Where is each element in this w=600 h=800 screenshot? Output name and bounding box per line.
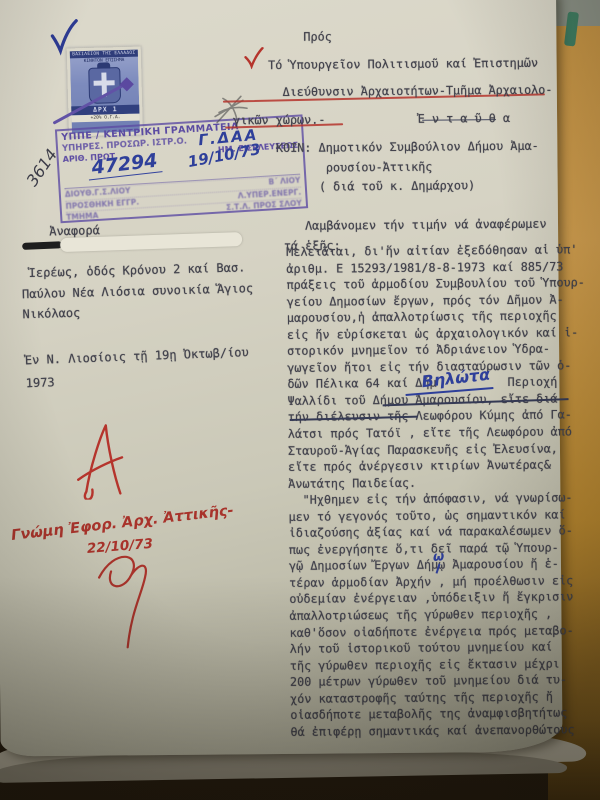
text-line: πράξεις τοῦ ἁρμοδίου Συμβουλίου τοῦ Ὑπου…: [286, 274, 584, 293]
text-line: Διεύθυνσιν Ἀρχαιοτήτων-Τμῆμα Ἀρχαιολο-: [233, 77, 553, 107]
revenue-stamp: ΒΑΣΙΛΕΙΟΝ ΤΗΣ ΕΛΛΑΔΟΣ ΚΙΝΗΤΟΝ ΕΠΙΣΗΜΑ ΔΡ…: [67, 47, 143, 137]
revenue-stamp-surcharge: +20% Ο.Γ.Α.: [71, 114, 139, 123]
text-line: ἀπαλλοτριώσεως τῆς γύρωθεν περιοχῆς ,: [289, 605, 587, 624]
text-line: εἴτε πρός ἀνέργεσιν κτιρίων Ἀνωτέρας&: [288, 456, 586, 475]
red-monogram-A: [66, 419, 127, 500]
text-line: λάτσι πρός Τατόϊ , εἴτε τῆς Λεωφόρου ἀπό: [288, 423, 586, 442]
text-line: ( διά τοῦ κ. Δημάρχου): [234, 176, 547, 198]
document-page: ΒΑΣΙΛΕΙΟΝ ΤΗΣ ΕΛΛΑΔΟΣ ΚΙΝΗΤΟΝ ΕΠΙΣΗΜΑ ΔΡ…: [0, 0, 563, 756]
handwritten-margin-number: 3614: [23, 145, 62, 189]
text-line: γικῶν χώρων.- Ἐ ν τ α ῦ θ α: [233, 104, 553, 134]
text-line: θά ἐπιφέρῃ σημαντικάς καί ἀνεπανορθώτους: [290, 721, 588, 740]
red-signature: [87, 551, 168, 652]
text-line: Τό Ὑπουργεῖον Πολιτισμοῦ καί Ἐπιστημῶν: [233, 49, 553, 79]
photo-of-document: { "scene": { "surface": "wooden/cardboar…: [0, 0, 600, 800]
text-line: Πρός: [232, 22, 552, 52]
text-line: ΚΟΙΝ: Δημοτικόν Συμβούλιον Δήμου Ἀμα-: [233, 137, 546, 159]
text-line: Μελετᾶται, δι'ἥν αἰτίαν ἐξεδόθησαν αἱ ὑπ…: [286, 241, 584, 260]
body-text: Μελετᾶται, δι'ἥν αἰτίαν ἐξεδόθησαν αἱ ὑπ…: [286, 241, 589, 740]
address-block: Πρός Τό Ὑπουργεῖον Πολιτισμοῦ καί Ἐπιστη…: [232, 22, 553, 135]
text-line: [234, 195, 547, 217]
text-line: ρουσίου-Ἀττικῆς: [233, 156, 546, 178]
koin-block: ΚΟΙΝ: Δημοτικόν Συμβούλιον Δήμου Ἀμα- ρο…: [233, 137, 547, 257]
coat-of-arms-icon: [88, 67, 121, 104]
text-line: Λαμβάνομεν τήν τιμήν νά ἀναφέρωμεν: [234, 215, 547, 237]
place-date-block: Ἐν Ν. Λιοσίοις τῇ 19ῃ Ὀκτωβ/ίου1973: [24, 341, 250, 395]
